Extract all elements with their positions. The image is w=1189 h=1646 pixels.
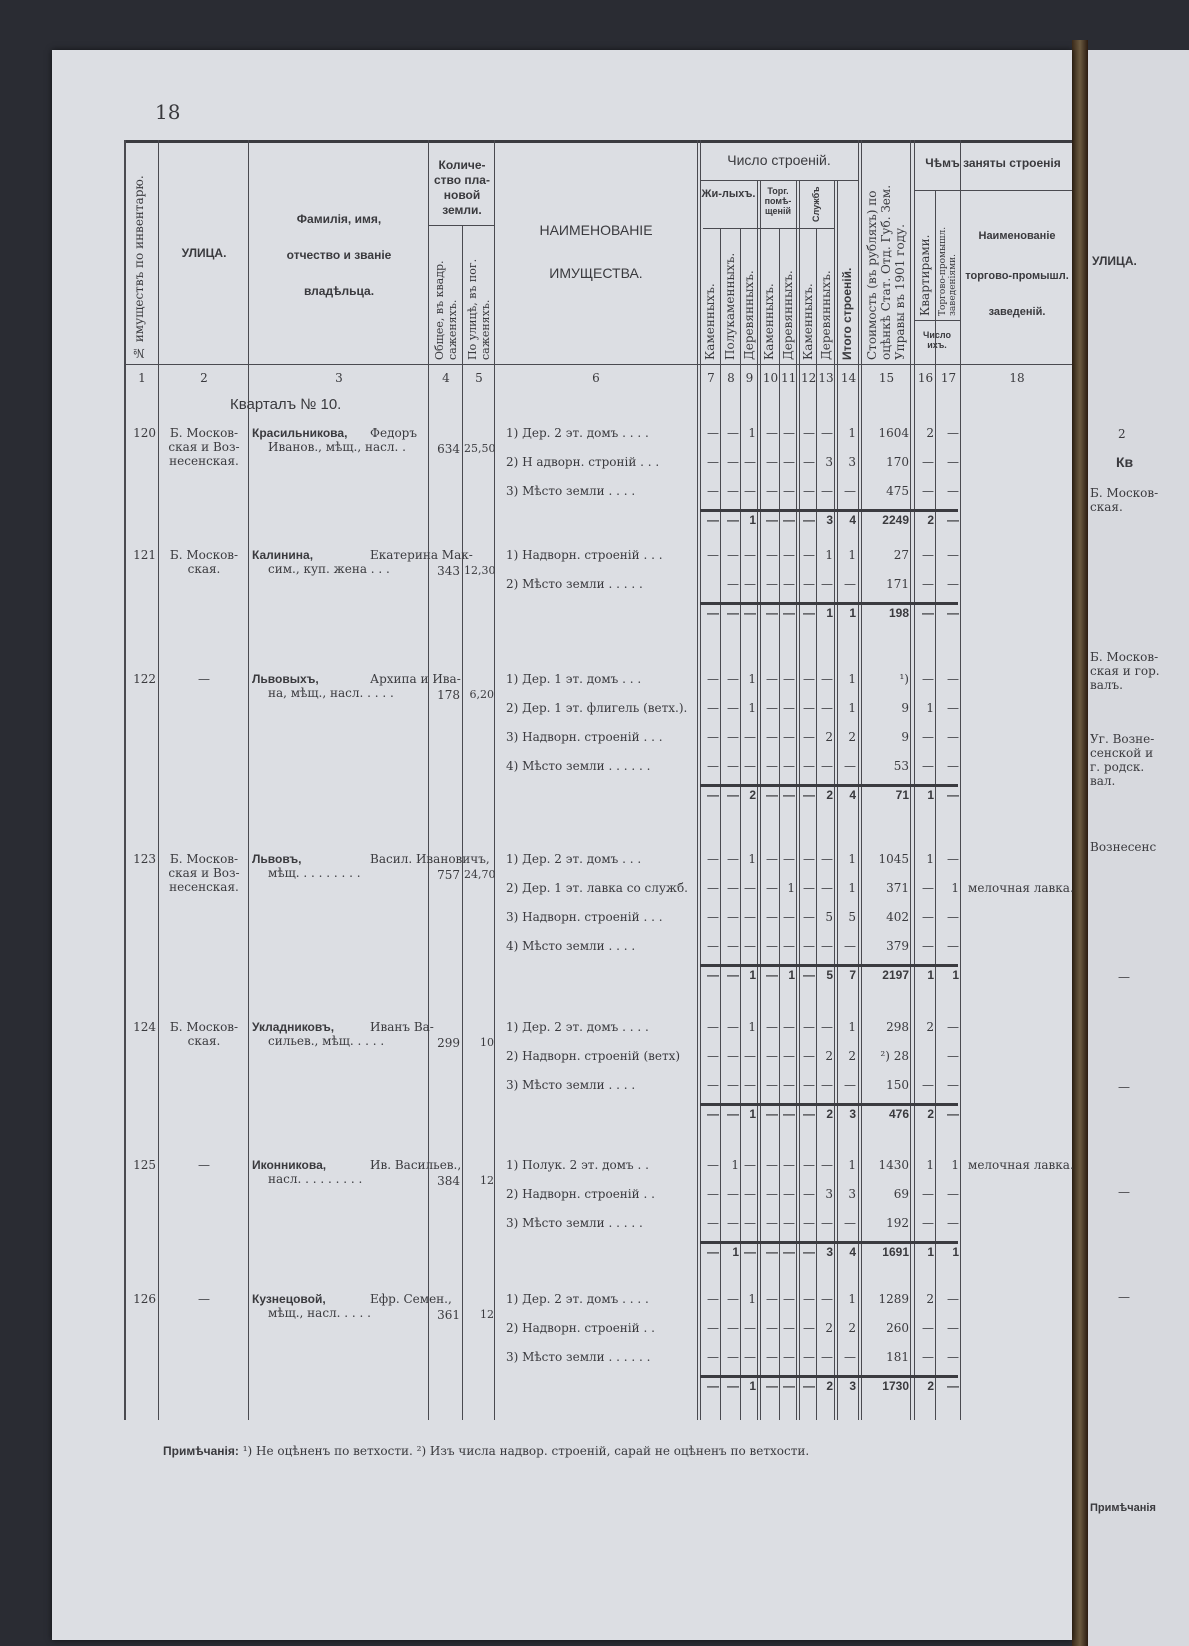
total-cell: 1 [839, 606, 856, 620]
value-cell: — [937, 1350, 959, 1364]
value-cell: — [742, 1216, 756, 1230]
header-land-4: земли. [430, 203, 494, 217]
value-cell: — [818, 939, 833, 953]
next-page-street-1: Б. Москов- ская. [1090, 486, 1160, 514]
value-cell: — [801, 730, 815, 744]
column-number: 15 [863, 371, 910, 385]
table-left-border [124, 140, 126, 1420]
value-cell: — [801, 1158, 815, 1172]
total-cell: 2249 [863, 513, 909, 527]
value-cell: — [722, 910, 739, 924]
total-cell: — [762, 1245, 778, 1259]
header-biz-2: торгово-промышл. [962, 270, 1072, 282]
inventory-number: 121 [126, 548, 156, 562]
value-cell: ²) 28 [863, 1049, 909, 1063]
value-cell: 402 [863, 910, 909, 924]
value-cell: — [916, 910, 934, 924]
value-cell: — [916, 1321, 934, 1335]
value-cell: — [702, 484, 719, 498]
total-cell: 4 [839, 788, 856, 802]
value-cell: 1 [839, 881, 856, 895]
value-cell: 1 [818, 548, 833, 562]
property-item: 1) Дер. 1 эт. домъ . . . [506, 672, 641, 686]
total-cell: — [937, 1107, 959, 1121]
value-cell: — [742, 730, 756, 744]
value-cell: — [781, 759, 795, 773]
value-cell: — [801, 548, 815, 562]
column-number: 9 [742, 371, 757, 385]
value-cell: — [781, 852, 795, 866]
column-number: 5 [464, 371, 494, 385]
value-cell: — [937, 852, 959, 866]
subtotal-rule [700, 1103, 958, 1106]
value-cell: — [722, 759, 739, 773]
value-cell: — [722, 672, 739, 686]
value-cell: — [702, 910, 719, 924]
value-cell: — [762, 1158, 778, 1172]
value-cell: 2 [916, 1020, 934, 1034]
total-cell: — [702, 968, 719, 982]
total-cell: — [916, 606, 934, 620]
value-cell: — [722, 1321, 739, 1335]
value-cell: — [781, 1321, 795, 1335]
total-cell: — [781, 606, 795, 620]
owner-details: мѣщ., насл. . . . . [268, 1306, 371, 1320]
owner-name: Архипа и Ива- [370, 672, 461, 686]
header-col13: Деревянныхъ. [819, 236, 833, 360]
owner-details: насл. . . . . . . . . [268, 1172, 362, 1186]
value-cell: — [742, 548, 756, 562]
value-cell: — [702, 881, 719, 895]
total-cell: 2 [916, 513, 934, 527]
value-cell: — [762, 426, 778, 440]
property-item: 2) Дер. 1 эт. лавка со служб. [506, 881, 688, 895]
property-item: 4) Мѣсто земли . . . . . . [506, 759, 650, 773]
column-number: 17 [937, 371, 960, 385]
total-cell: — [937, 606, 959, 620]
street-frontage: 25,50 [464, 442, 494, 455]
total-cell: — [702, 1245, 719, 1259]
owner-surname: Львовъ, [252, 852, 302, 866]
value-cell: 1 [937, 1158, 959, 1172]
total-cell: — [722, 513, 739, 527]
value-cell: — [742, 455, 756, 469]
value-cell: — [781, 1158, 795, 1172]
total-cell: 1 [722, 1245, 739, 1259]
value-cell: — [937, 1292, 959, 1306]
value-cell: — [702, 672, 719, 686]
value-cell: — [818, 1292, 833, 1306]
column-number: 14 [839, 371, 858, 385]
value-cell: — [742, 1321, 756, 1335]
value-cell: — [781, 426, 795, 440]
value-cell: 69 [863, 1187, 909, 1201]
owner-details: на, мѣщ., насл. . . . . [268, 686, 394, 700]
owner-surname: Укладниковъ, [252, 1020, 334, 1034]
header-land-2: ство пла- [430, 173, 494, 187]
value-cell: 3 [818, 455, 833, 469]
value-cell: — [702, 730, 719, 744]
value-cell: — [937, 1321, 959, 1335]
value-cell: — [781, 1078, 795, 1092]
value-cell: 1 [742, 701, 756, 715]
subtotal-rule [700, 509, 958, 512]
total-cell: 3 [818, 1245, 833, 1259]
value-cell: 1 [722, 1158, 739, 1172]
value-cell: — [742, 577, 756, 591]
value-cell: 2 [818, 1049, 833, 1063]
value-cell: — [818, 1216, 833, 1230]
total-cell: 4 [839, 513, 856, 527]
property-item: 3) Мѣсто земли . . . . [506, 1078, 635, 1092]
column-number: 10 [762, 371, 779, 385]
value-cell: — [801, 881, 815, 895]
total-cell: — [801, 968, 815, 982]
value-cell: — [937, 672, 959, 686]
value-cell: — [781, 577, 795, 591]
header-col16: Квартирами. [918, 200, 932, 316]
total-cell: — [702, 1379, 719, 1393]
value-cell: — [781, 1049, 795, 1063]
value-cell: 1 [781, 881, 795, 895]
value-cell: — [762, 852, 778, 866]
value-cell: — [781, 730, 795, 744]
value-cell: — [801, 852, 815, 866]
value-cell: 1 [937, 881, 959, 895]
next-page-footnote: Примѣчанія [1090, 1502, 1156, 1514]
value-cell: — [937, 1216, 959, 1230]
value-cell: — [916, 1078, 934, 1092]
value-cell: 1 [839, 426, 856, 440]
total-cell: — [781, 788, 795, 802]
owner-surname: Львовыхъ, [252, 672, 319, 686]
header-col9: Деревянныхъ. [742, 236, 756, 360]
value-cell: 1604 [863, 426, 909, 440]
total-cell: — [937, 513, 959, 527]
value-cell: — [781, 548, 795, 562]
value-cell: — [818, 881, 833, 895]
owner-details: Иванов., мѣщ., насл. . [268, 440, 406, 454]
value-cell: — [839, 484, 856, 498]
property-item: 2) Надворн. строеній . . [506, 1321, 655, 1335]
value-cell: — [702, 1078, 719, 1092]
header-biz-1: Наименованіе [962, 230, 1072, 242]
header-living: Жи-лыхъ. [700, 188, 757, 200]
value-cell: — [916, 939, 934, 953]
header-col10: Каменныхъ. [762, 236, 776, 360]
property-item: 3) Надворн. строеній . . . [506, 910, 663, 924]
value-cell: — [742, 1049, 756, 1063]
value-cell: — [839, 759, 856, 773]
value-cell: — [801, 1020, 815, 1034]
street-name: Б. Москов- [160, 852, 248, 866]
value-cell: — [781, 1020, 795, 1034]
inventory-number: 123 [126, 852, 156, 866]
header-col17: Торгово-промышл. заведеніями. [938, 200, 958, 316]
column-number: 4 [430, 371, 462, 385]
value-cell: — [801, 672, 815, 686]
column-number: 16 [916, 371, 935, 385]
value-cell: — [801, 1350, 815, 1364]
inventory-number: 124 [126, 1020, 156, 1034]
value-cell: 3 [839, 1187, 856, 1201]
value-cell: — [916, 577, 934, 591]
total-cell: — [722, 1379, 739, 1393]
section-title: Кварталъ № 10. [230, 396, 341, 413]
street-name: несенская. [160, 880, 248, 894]
value-cell: — [742, 910, 756, 924]
value-cell: — [762, 759, 778, 773]
value-cell: 9 [863, 730, 909, 744]
header-street: УЛИЦА. [160, 246, 248, 260]
value-cell: — [937, 548, 959, 562]
total-cell: 2 [818, 1107, 833, 1121]
total-cell: — [722, 968, 739, 982]
value-cell: — [702, 1321, 719, 1335]
land-area: 384 [430, 1174, 460, 1188]
street-name: ская. [160, 1034, 248, 1048]
owner-name: Иванъ Ва- [370, 1020, 434, 1034]
value-cell: — [742, 1078, 756, 1092]
total-cell: 5 [818, 968, 833, 982]
value-cell: — [722, 548, 739, 562]
value-cell: — [742, 1350, 756, 1364]
business-name: мелочная лавка. [968, 881, 1074, 895]
value-cell: — [916, 484, 934, 498]
total-cell: — [722, 788, 739, 802]
value-cell: 475 [863, 484, 909, 498]
value-cell: — [722, 577, 739, 591]
property-item: 2) Мѣсто земли . . . . . [506, 577, 643, 591]
value-cell: — [762, 548, 778, 562]
value-cell: — [702, 1049, 719, 1063]
total-cell: 1 [818, 606, 833, 620]
next-page-colnum: 2 [1118, 427, 1126, 441]
value-cell: — [801, 426, 815, 440]
value-cell: — [781, 672, 795, 686]
value-cell: 3 [839, 455, 856, 469]
header-col12: Каменныхъ. [801, 236, 815, 360]
footnote-label: Примѣчанія: [163, 1444, 239, 1458]
value-cell: — [762, 910, 778, 924]
header-property-1: НАИМЕНОВАНІЕ [496, 222, 696, 238]
value-cell: — [818, 484, 833, 498]
value-cell: — [722, 701, 739, 715]
owner-name: Екатерина Мак- [370, 548, 473, 562]
value-cell: — [916, 455, 934, 469]
value-cell: — [762, 701, 778, 715]
owner-surname: Красильникова, [252, 426, 347, 440]
total-cell: — [762, 1379, 778, 1393]
value-cell: — [762, 881, 778, 895]
value-cell: — [801, 910, 815, 924]
value-cell: 1 [916, 852, 934, 866]
header-land-1: Количе- [430, 158, 494, 172]
value-cell: — [916, 1187, 934, 1201]
value-cell: — [818, 1158, 833, 1172]
value-cell: — [742, 1187, 756, 1201]
value-cell: — [762, 1187, 778, 1201]
value-cell: — [762, 672, 778, 686]
value-cell: — [722, 455, 739, 469]
total-cell: — [702, 606, 719, 620]
value-cell: 171 [863, 577, 909, 591]
value-cell: — [818, 1020, 833, 1034]
value-cell: 1 [839, 672, 856, 686]
footnote-text: ¹) Не оцѣненъ по ветхости. ²) Изъ числа … [243, 1444, 809, 1458]
property-item: 1) Полук. 2 эт. домъ . . [506, 1158, 649, 1172]
header-col11: Деревянныхъ. [781, 236, 795, 360]
value-cell: — [801, 484, 815, 498]
total-cell: — [702, 513, 719, 527]
total-cell: 2 [916, 1107, 934, 1121]
value-cell: — [781, 701, 795, 715]
value-cell: — [702, 1292, 719, 1306]
property-item: 1) Дер. 2 эт. домъ . . . [506, 852, 641, 866]
owner-surname: Кузнецовой, [252, 1292, 326, 1306]
total-cell: — [702, 788, 719, 802]
street-name: Б. Москов- [160, 426, 248, 440]
total-cell: — [801, 1379, 815, 1393]
land-area: 757 [430, 868, 460, 882]
value-cell: 298 [863, 1020, 909, 1034]
header-count-them: Число ихъ. [914, 330, 960, 350]
total-cell: 1 [781, 968, 795, 982]
inventory-number: 126 [126, 1292, 156, 1306]
value-cell: 5 [839, 910, 856, 924]
street-frontage: 6,20 [464, 688, 494, 701]
value-cell: 2 [818, 1321, 833, 1335]
value-cell: — [937, 426, 959, 440]
value-cell: 1 [742, 1020, 756, 1034]
value-cell: — [781, 1292, 795, 1306]
property-item: 1) Дер. 2 эт. домъ . . . . [506, 426, 649, 440]
owner-name: Васил. Ивановичъ, [370, 852, 490, 866]
header-buildings-count: Число строеній. [700, 152, 858, 168]
value-cell: — [818, 852, 833, 866]
total-cell: — [742, 606, 756, 620]
footnote: Примѣчанія: ¹) Не оцѣненъ по ветхости. ²… [163, 1444, 809, 1458]
value-cell: — [839, 577, 856, 591]
value-cell: — [702, 939, 719, 953]
value-cell: 2 [839, 1049, 856, 1063]
value-cell: — [722, 730, 739, 744]
value-cell: — [781, 484, 795, 498]
total-cell: — [762, 606, 778, 620]
value-cell: — [801, 455, 815, 469]
land-area: 343 [430, 564, 460, 578]
total-cell: 2197 [863, 968, 909, 982]
value-cell: — [702, 455, 719, 469]
value-cell: — [762, 577, 778, 591]
value-cell: — [937, 759, 959, 773]
header-trade: Торг. помѣ-щеній [760, 186, 796, 216]
property-item: 2) Надворн. строеній (ветх) [506, 1049, 680, 1063]
book-gutter [1072, 40, 1088, 1646]
value-cell: 2 [916, 1292, 934, 1306]
value-cell: — [722, 1187, 739, 1201]
total-cell: 1 [937, 968, 959, 982]
owner-details: сим., куп. жена . . . [268, 562, 390, 576]
subtotal-rule [700, 602, 958, 605]
column-number: 13 [818, 371, 834, 385]
value-cell: — [839, 1078, 856, 1092]
value-cell: — [722, 484, 739, 498]
value-cell: 1 [839, 1158, 856, 1172]
subtotal-rule [700, 1241, 958, 1244]
total-cell: 2 [818, 788, 833, 802]
header-col15: Стоимость (въ рубляхъ) по оцѣнкѣ Стат. О… [865, 150, 909, 360]
value-cell: 1 [839, 701, 856, 715]
value-cell: — [762, 455, 778, 469]
value-cell: — [801, 1049, 815, 1063]
header-col14: Итого строеній. [840, 236, 854, 360]
value-cell: — [937, 701, 959, 715]
value-cell: 27 [863, 548, 909, 562]
value-cell: 1 [839, 1020, 856, 1034]
total-cell: — [762, 1107, 778, 1121]
value-cell: ¹) [863, 672, 909, 686]
subtotal-rule [700, 1375, 958, 1378]
total-cell: 71 [863, 788, 909, 802]
value-cell: — [818, 1350, 833, 1364]
table-top-border [124, 140, 1072, 143]
header-bottom-border [124, 364, 1072, 365]
value-cell: 1 [742, 426, 756, 440]
value-cell: — [742, 484, 756, 498]
value-cell: — [702, 1020, 719, 1034]
header-property-2: ИМУЩЕСТВА. [496, 265, 696, 281]
value-cell: — [781, 455, 795, 469]
value-cell: — [801, 759, 815, 773]
value-cell: — [722, 1216, 739, 1230]
value-cell: — [722, 852, 739, 866]
header-inventory-no: № имуществъ по инвентарю. [132, 150, 146, 360]
value-cell: 3 [818, 1187, 833, 1201]
value-cell: — [916, 759, 934, 773]
value-cell: — [818, 701, 833, 715]
total-cell: — [781, 513, 795, 527]
total-cell: 3 [818, 513, 833, 527]
total-cell: — [801, 1107, 815, 1121]
value-cell: — [839, 1216, 856, 1230]
business-name: мелочная лавка. [968, 1158, 1074, 1172]
street-name: Б. Москов- [160, 548, 248, 562]
header-col8: Полукаменныхъ. [723, 236, 737, 360]
value-cell: — [937, 1049, 959, 1063]
next-page-dash: — [1118, 970, 1130, 984]
inventory-number: 122 [126, 672, 156, 686]
value-cell: — [839, 1350, 856, 1364]
total-cell: 7 [839, 968, 856, 982]
value-cell: 1 [839, 1292, 856, 1306]
value-cell: — [742, 939, 756, 953]
next-page-street-2: Б. Москов- ская и гор. валъ. [1090, 650, 1160, 692]
value-cell: — [839, 939, 856, 953]
total-cell: 1 [742, 1379, 756, 1393]
total-cell: — [702, 1107, 719, 1121]
total-cell: 1 [916, 788, 934, 802]
next-page-dash: — [1118, 1290, 1130, 1304]
total-cell: — [781, 1379, 795, 1393]
value-cell: — [722, 1350, 739, 1364]
street-name: — [160, 672, 248, 686]
value-cell: — [742, 759, 756, 773]
street-name: несенская. [160, 454, 248, 468]
property-item: 3) Мѣсто земли . . . . . . [506, 1350, 650, 1364]
value-cell: — [762, 730, 778, 744]
value-cell: — [916, 1216, 934, 1230]
